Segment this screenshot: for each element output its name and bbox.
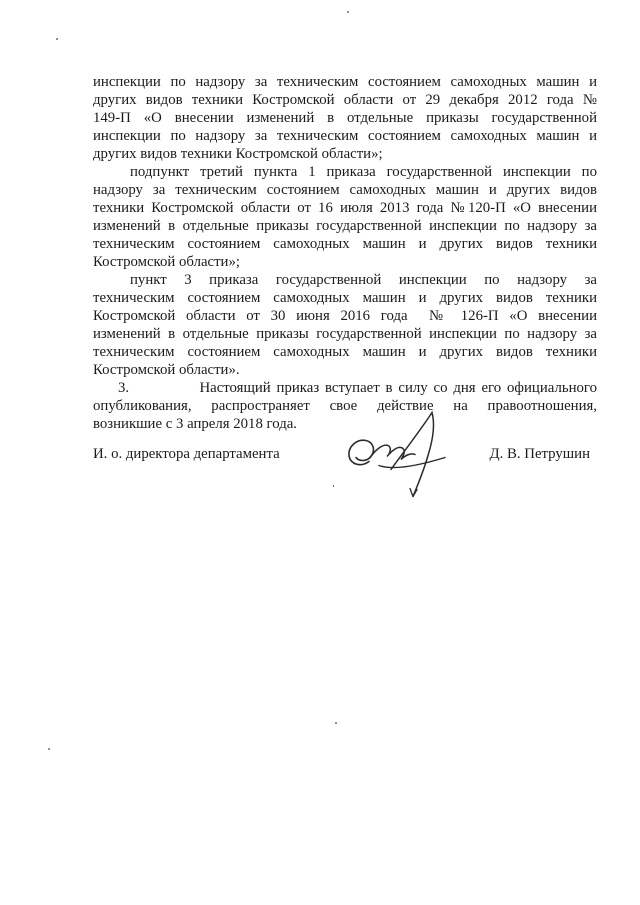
document-line: подпункт третий пункта 1 приказа государ… (93, 163, 597, 181)
document-line: техники Костромской области от 16 июля 2… (93, 199, 597, 217)
scan-speck (56, 38, 58, 40)
document-line: изменений в отдельные приказы государств… (93, 217, 597, 235)
document-line: 149-П «О внесении изменений в отдельные … (93, 109, 597, 127)
document-line: 3. Настоящий приказ вступает в силу со д… (93, 379, 597, 397)
document-line: надзору за техническим состоянием самохо… (93, 181, 597, 199)
signer-name: Д. В. Петрушин (490, 446, 591, 463)
document-line: Костромской области от 30 июня 2016 года… (93, 307, 597, 325)
document-line: Костромской области». (93, 361, 597, 379)
signature-row: И. о. директора департамента Д. В. Петру… (0, 446, 640, 466)
document-line: Костромской области»; (93, 253, 597, 271)
signer-title: И. о. директора департамента (93, 446, 280, 463)
scan-speck (333, 485, 334, 487)
document-line: других видов техники Костромской области… (93, 145, 597, 163)
document-line: инспекции по надзору за техническим сост… (93, 127, 597, 145)
scan-speck (48, 748, 50, 750)
scan-speck (335, 722, 337, 724)
document-body: инспекции по надзору за техническим сост… (93, 73, 597, 433)
document-line: техническим состоянием самоходных машин … (93, 343, 597, 361)
document-line: инспекции по надзору за техническим сост… (93, 73, 597, 91)
document-line: техническим состоянием самоходных машин … (93, 289, 597, 307)
document-line: техническим состоянием самоходных машин … (93, 235, 597, 253)
scan-speck (347, 11, 349, 13)
document-line: пункт 3 приказа государственной инспекци… (93, 271, 597, 289)
document-page: инспекции по надзору за техническим сост… (0, 0, 640, 905)
document-line: других видов техники Костромской области… (93, 91, 597, 109)
document-line: изменений в отдельные приказы государств… (93, 325, 597, 343)
